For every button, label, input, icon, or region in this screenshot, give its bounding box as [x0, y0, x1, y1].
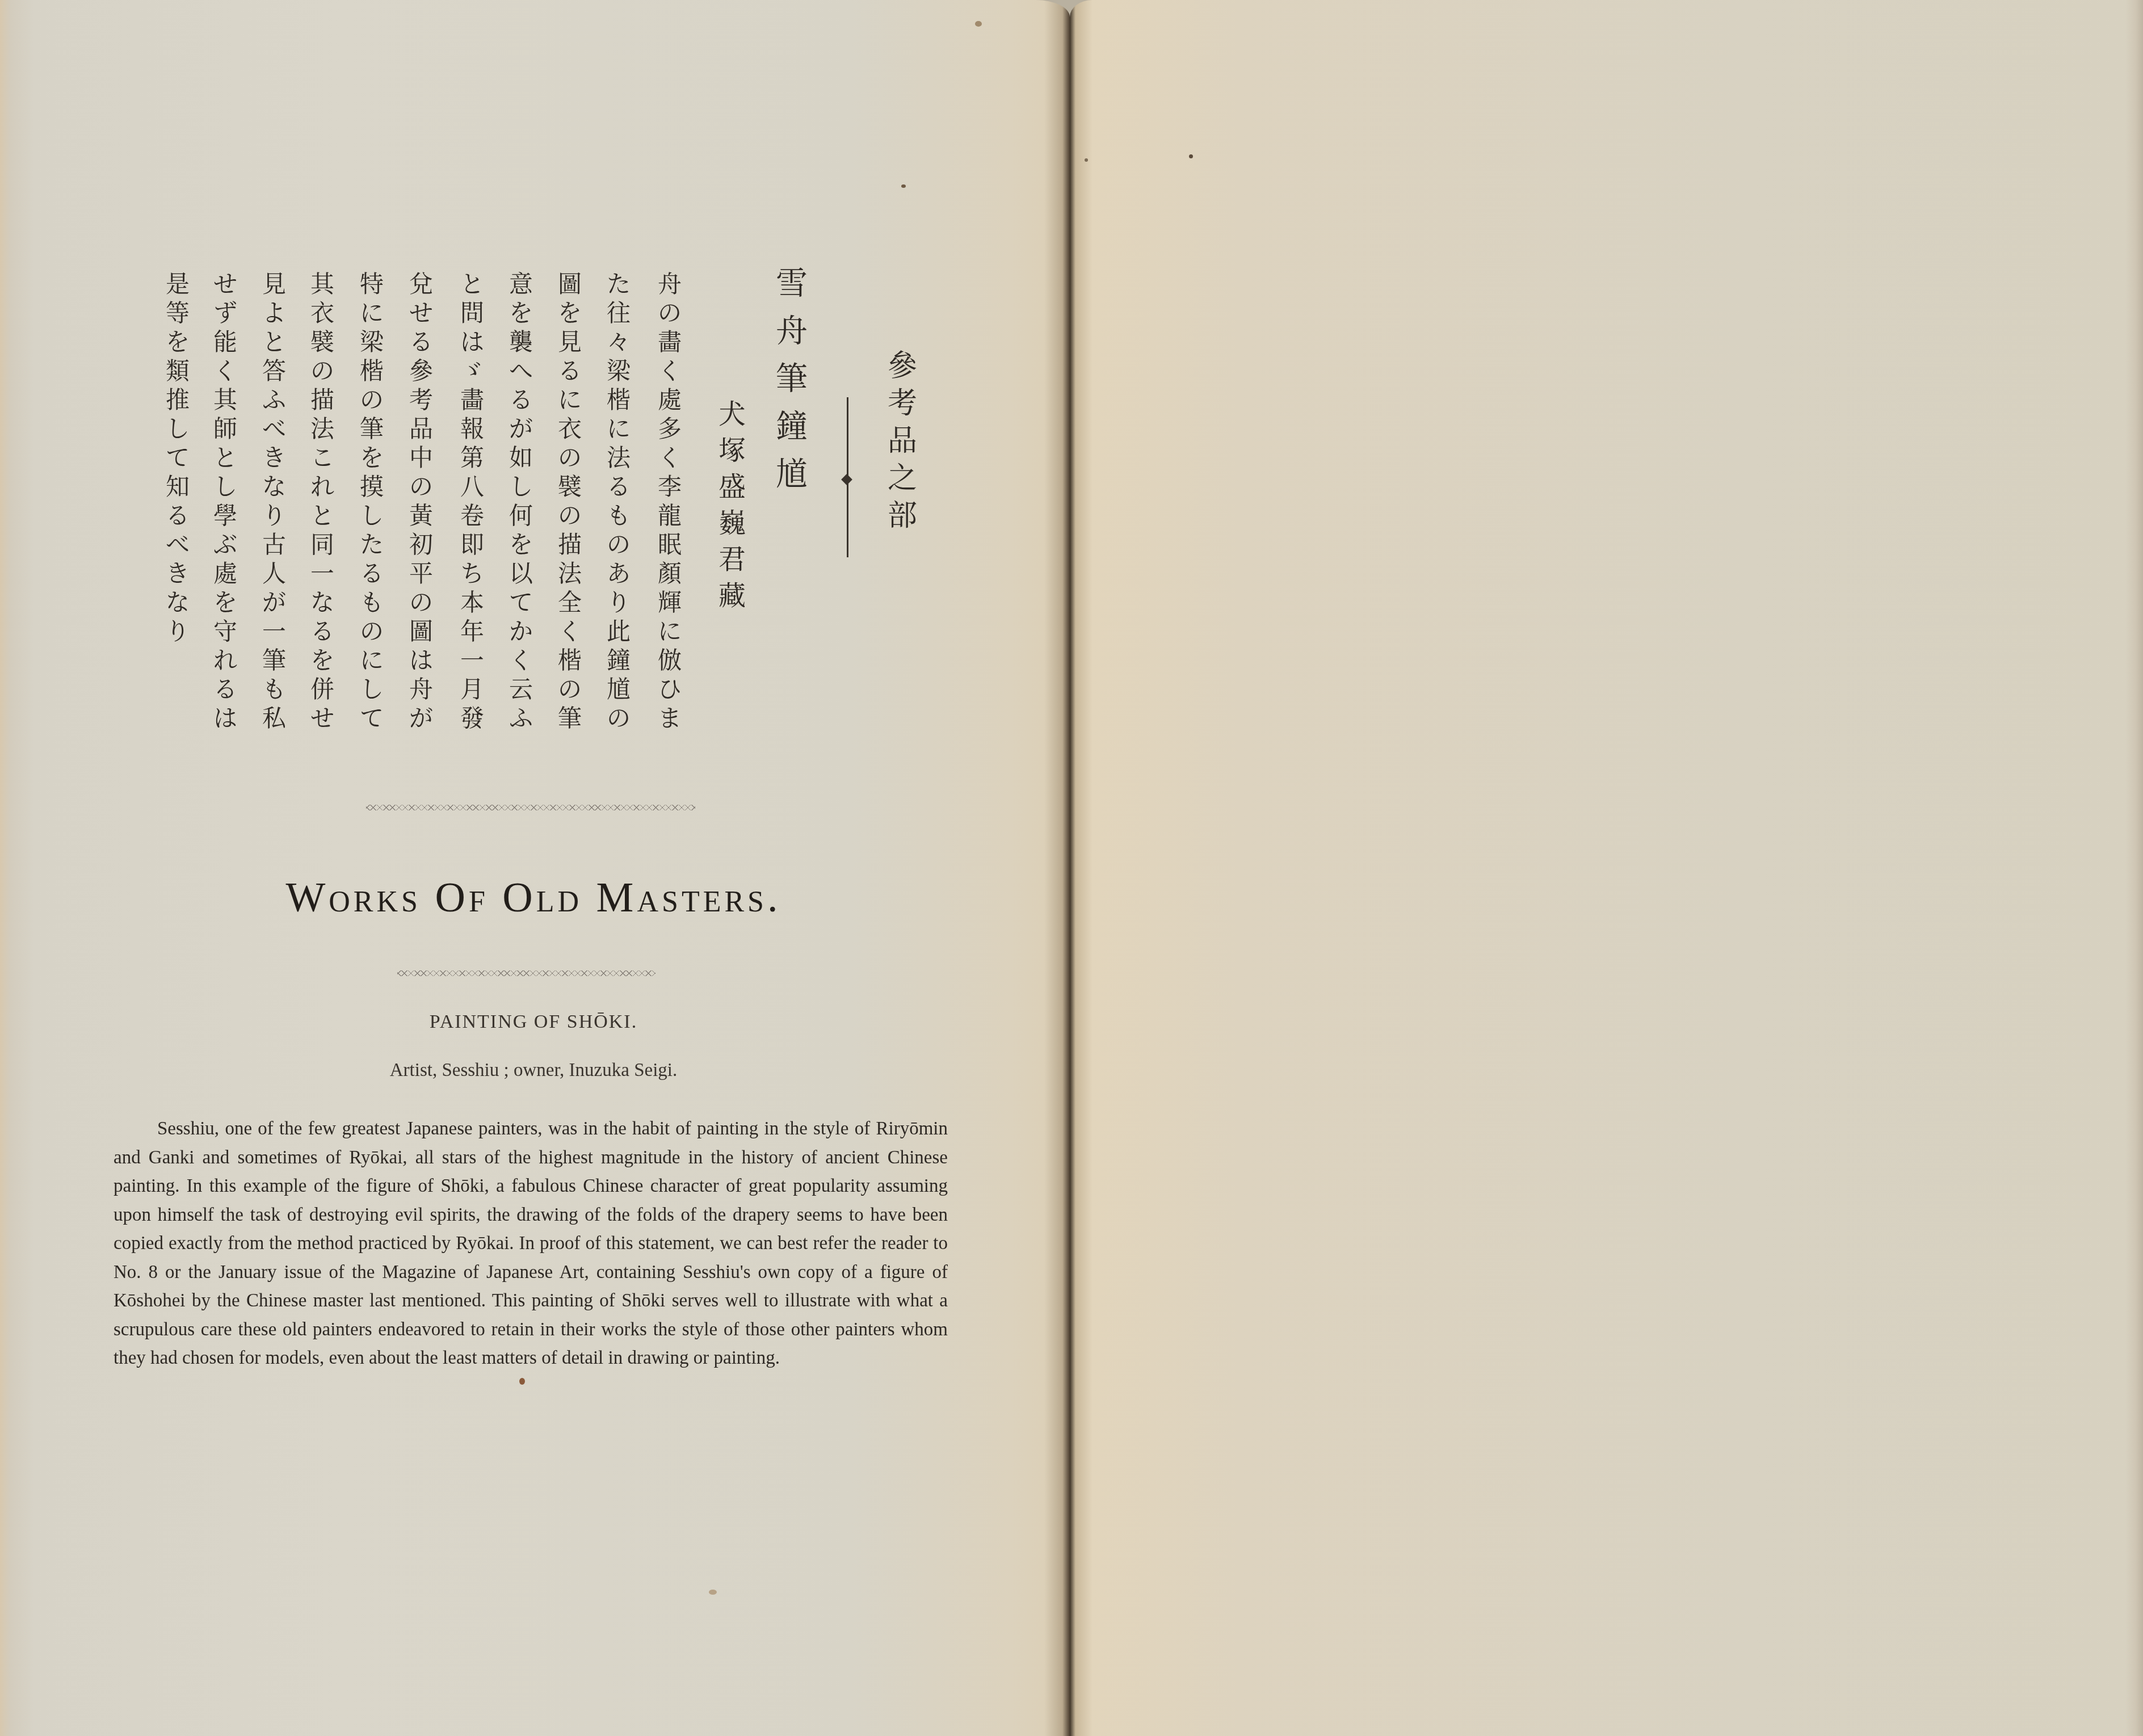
wavy-rule-bottom — [397, 970, 655, 976]
paper-spot — [975, 21, 982, 27]
paper-spot — [1189, 154, 1193, 158]
wavy-rule-top — [366, 805, 695, 810]
paper-spot — [709, 1590, 717, 1595]
body-column-ja: 見よと答ふべきなり古人が一筆も私 — [254, 270, 294, 733]
body-column-ja: 特に梁楷の筆を摸したるものにして — [352, 270, 392, 733]
english-heading: Works Of Old Masters. — [250, 874, 817, 922]
body-column-ja: と問はゞ畵報第八卷即ち本年一月發 — [452, 270, 492, 733]
right-page — [1070, 0, 2143, 1736]
owner-ja: 犬塚盛巍君藏 — [712, 396, 752, 614]
artwork-title-ja: 雪舟筆鐘馗 — [772, 260, 812, 498]
body-column-ja: 是等を類推して知るべきなり — [158, 270, 198, 646]
english-paragraph: Sesshiu, one of the few greatest Japanes… — [114, 1115, 948, 1373]
body-column-ja: せず能く其師とし學ぶ處を守れるは — [205, 270, 245, 733]
body-column-ja: 其衣襞の描法これと同一なるを併せ — [302, 270, 342, 733]
body-column-ja: 舟の畵く處多く李龍眠顏輝に倣ひま — [650, 270, 690, 733]
body-column-ja: 兌せる參考品中の黃初平の圖は舟が — [401, 270, 441, 733]
paper-spot — [901, 184, 906, 188]
section-label: 參考品之部 — [883, 347, 922, 535]
english-body: Sesshiu, one of the few greatest Japanes… — [114, 1115, 948, 1373]
body-column-ja: 圖を見るに衣の襞の描法全く楷の筆 — [550, 270, 590, 733]
left-page: 參考品之部 雪舟筆鐘馗 犬塚盛巍君藏 舟の畵く處多く李龍眠顏輝に倣ひま た往々梁… — [0, 0, 1070, 1736]
body-column-ja: た往々梁楷に法るものあり此鐘馗の — [599, 270, 638, 733]
divider-diamond-ornament — [841, 474, 852, 485]
paper-spot — [1085, 158, 1088, 162]
english-subheading: PAINTING OF SHŌKI. — [250, 1011, 817, 1033]
body-column-ja: 意を襲へるが如し何を以てかく云ふ — [501, 270, 541, 733]
paper-spot — [519, 1378, 525, 1385]
english-attribution: Artist, Sesshiu ; owner, Inuzuka Seigi. — [250, 1060, 817, 1081]
